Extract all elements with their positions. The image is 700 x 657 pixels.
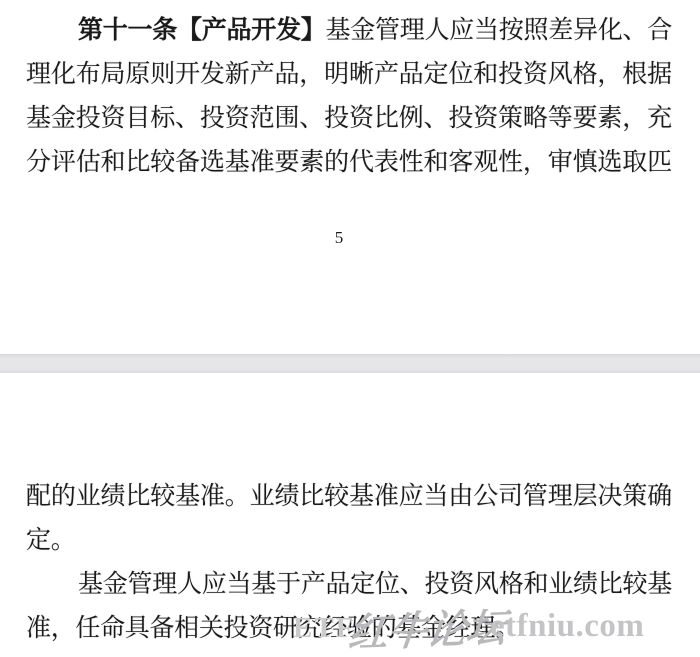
text-line: 第十一条【产品开发】 基金管理人应当按照差异化、合 [26,9,672,53]
paragraph-benchmark: 配的业绩比较基准。业绩比较基准应当由公司管理层决策确 定。 基金管理人应当基于产… [26,475,672,651]
page-number: 5 [0,228,700,248]
text-line: 基金投资目标、投资范围、投资比例、投资策略等要素，充 [26,97,672,141]
paragraph-product-development: 第十一条【产品开发】 基金管理人应当按照差异化、合 理化布局原则开发新产品，明晰… [26,9,672,185]
page-separator [0,354,700,373]
text-line: 准，任命具备相关投资研究经验的基金经理。 [26,607,672,651]
text-line: 定。 [26,519,672,563]
text-line: 分评估和比较备选基准要素的代表性和客观性，审慎选取匹 [26,141,672,185]
document-viewer[interactable]: 第十一条【产品开发】 基金管理人应当按照差异化、合 理化布局原则开发新产品，明晰… [0,0,700,657]
text-line: 理化布局原则开发新产品，明晰产品定位和投资风格，根据 [26,53,672,97]
text-line: 配的业绩比较基准。业绩比较基准应当由公司管理层决策确 [26,475,672,519]
text-line: 基金管理人应当基于产品定位、投资风格和业绩比较基 [26,563,672,607]
